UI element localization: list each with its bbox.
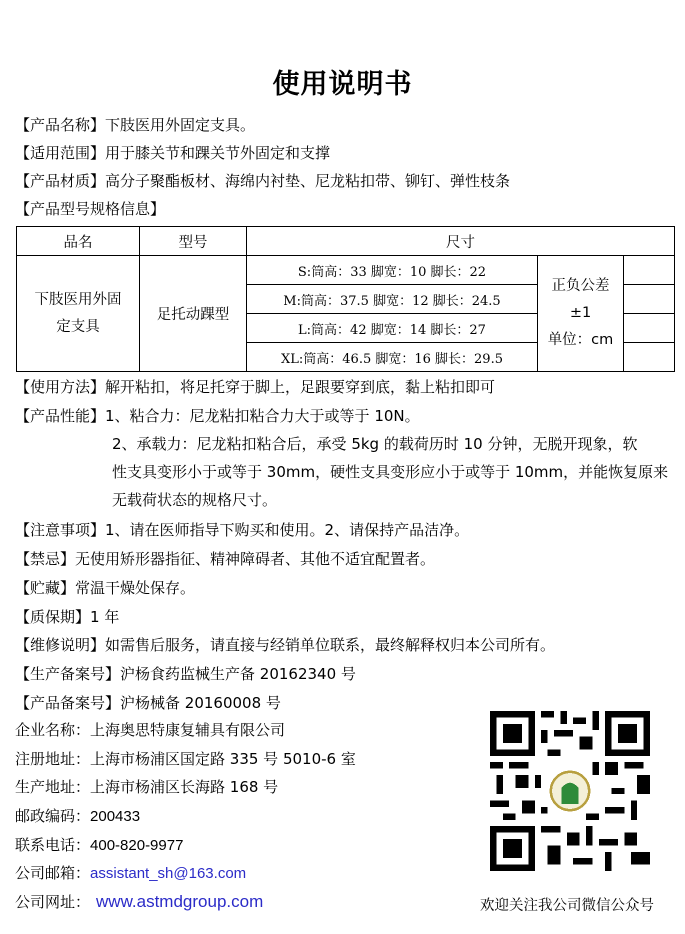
label: 【产品型号规格信息】 — [15, 200, 165, 218]
field-notes: 【注意事项】1、请在医师指导下购买和使用。2、请保持产品洁净。 — [15, 520, 469, 540]
value: 用于膝关节和踝关节外固定和支撑 — [105, 144, 330, 162]
company-prod-address: 生产地址：上海市杨浦区长海路 168 号 — [15, 777, 278, 797]
size-xl: XL:筒高：46.5 脚宽：16 脚长：29.5 — [247, 343, 538, 372]
line: ±1 — [570, 305, 591, 321]
field-contraindications: 【禁忌】无使用矫形器指征、精神障碍者、其他不适宜配置者。 — [15, 549, 435, 569]
field-warranty: 【质保期】1 年 — [15, 607, 119, 627]
field-spec-info: 【产品型号规格信息】 — [15, 199, 165, 219]
label: 【生产备案号】 — [15, 665, 120, 683]
empty-cell — [624, 285, 675, 314]
field-performance: 【产品性能】1、粘合力：尼龙粘扣粘合力大于或等于 10N。 — [15, 406, 420, 426]
company-name: 企业名称：上海奥思特康复辅具有限公司 — [15, 720, 285, 740]
field-repair: 【维修说明】如需售后服务，请直接与经销单位联系，最终解释权归本公司所有。 — [15, 635, 555, 655]
value: 1、粘合力：尼龙粘扣粘合力大于或等于 10N。 — [105, 407, 420, 425]
value: 无使用矫形器指征、精神障碍者、其他不适宜配置者。 — [75, 550, 435, 568]
company-zip: 邮政编码：200433 — [15, 806, 140, 827]
value: 如需售后服务，请直接与经销单位联系，最终解释权归本公司所有。 — [105, 636, 555, 654]
size-l: L:筒高：42 脚宽：14 脚长：27 — [247, 314, 538, 343]
field-production-record: 【生产备案号】沪杨食药监械生产备 20162340 号 — [15, 664, 356, 684]
tolerance-cell: 正负公差±1单位：cm — [538, 256, 624, 372]
empty-cell — [624, 343, 675, 372]
company-phone: 联系电话：400-820-9977 — [15, 835, 183, 856]
field-scope: 【适用范围】用于膝关节和踝关节外固定和支撑 — [15, 143, 330, 163]
value: 1 年 — [90, 608, 119, 626]
label: 公司网址： — [15, 893, 90, 911]
empty-cell — [624, 256, 675, 285]
value: 高分子聚酯板材、海绵内衬垫、尼龙粘扣带、铆钉、弹性枝条 — [105, 172, 510, 190]
field-material: 【产品材质】高分子聚酯板材、海绵内衬垫、尼龙粘扣带、铆钉、弹性枝条 — [15, 171, 510, 191]
line: 下肢医用外固 — [35, 292, 122, 308]
email-link[interactable]: assistant_sh@163.com — [90, 865, 246, 882]
header-name: 品名 — [17, 227, 140, 256]
label: 【产品材质】 — [15, 172, 105, 190]
label: 公司邮箱： — [15, 864, 90, 882]
label: 【适用范围】 — [15, 144, 105, 162]
performance-line4: 无载荷状态的规格尺寸。 — [112, 490, 277, 510]
qr-code-icon — [490, 711, 650, 871]
value: 沪杨食药监械生产备 20162340 号 — [120, 665, 356, 683]
label: 【产品名称】 — [15, 116, 105, 134]
performance-line3: 性支具变形小于或等于 30mm，硬性支具变形应小于或等于 10mm，并能恢复原来 — [112, 462, 668, 482]
label: 【产品备案号】 — [15, 694, 120, 712]
product-name-cell: 下肢医用外固定支具 — [17, 256, 140, 372]
label: 企业名称： — [15, 721, 90, 739]
value: 200433 — [90, 808, 140, 825]
spec-table: 品名 型号 尺寸 下肢医用外固定支具 足托动踝型 S:筒高：33 脚宽：10 脚… — [16, 226, 675, 372]
value: 沪杨械备 20160008 号 — [120, 694, 281, 712]
field-storage: 【贮藏】常温干燥处保存。 — [15, 578, 195, 598]
value: 400-820-9977 — [90, 837, 183, 854]
value: 上海奥思特康复辅具有限公司 — [90, 721, 285, 739]
value: 1、请在医师指导下购买和使用。2、请保持产品洁净。 — [105, 521, 469, 539]
label: 邮政编码： — [15, 807, 90, 825]
value: 常温干燥处保存。 — [75, 579, 195, 597]
model-cell: 足托动踝型 — [140, 256, 247, 372]
label: 【产品性能】 — [15, 407, 105, 425]
qr-caption: 欢迎关注我公司微信公众号 — [480, 894, 654, 915]
header-size: 尺寸 — [247, 227, 675, 256]
field-usage: 【使用方法】解开粘扣，将足托穿于脚上，足跟要穿到底，黏上粘扣即可 — [15, 377, 495, 397]
page-title: 使用说明书 — [0, 62, 685, 101]
line: 定支具 — [56, 319, 100, 335]
value: 解开粘扣，将足托穿于脚上，足跟要穿到底，黏上粘扣即可 — [105, 378, 495, 396]
company-website: 公司网址：www.astmdgroup.com — [15, 892, 263, 912]
value: 上海市杨浦区国定路 335 号 5010-6 室 — [90, 750, 356, 768]
label: 【贮藏】 — [15, 579, 75, 597]
company-email: 公司邮箱：assistant_sh@163.com — [15, 863, 246, 884]
line: 正负公差 — [552, 278, 610, 294]
label: 【禁忌】 — [15, 550, 75, 568]
field-product-record: 【产品备案号】沪杨械备 20160008 号 — [15, 693, 281, 713]
size-s: S:筒高：33 脚宽：10 脚长：22 — [247, 256, 538, 285]
label: 【维修说明】 — [15, 636, 105, 654]
label: 联系电话： — [15, 836, 90, 854]
label: 【使用方法】 — [15, 378, 105, 396]
value: 下肢医用外固定支具。 — [105, 116, 255, 134]
line: 单位：cm — [548, 332, 614, 348]
label: 【注意事项】 — [15, 521, 105, 539]
label: 【质保期】 — [15, 608, 90, 626]
label: 注册地址： — [15, 750, 90, 768]
website-link[interactable]: www.astmdgroup.com — [96, 892, 263, 911]
value: 上海市杨浦区长海路 168 号 — [90, 778, 278, 796]
field-product-name: 【产品名称】下肢医用外固定支具。 — [15, 115, 255, 135]
size-m: M:筒高：37.5 脚宽：12 脚长：24.5 — [247, 285, 538, 314]
header-model: 型号 — [140, 227, 247, 256]
label: 生产地址： — [15, 778, 90, 796]
company-reg-address: 注册地址：上海市杨浦区国定路 335 号 5010-6 室 — [15, 749, 356, 769]
performance-line2: 2、承载力：尼龙粘扣粘合后，承受 5kg 的载荷历时 10 分钟，无脱开现象，软 — [112, 434, 637, 454]
empty-cell — [624, 314, 675, 343]
